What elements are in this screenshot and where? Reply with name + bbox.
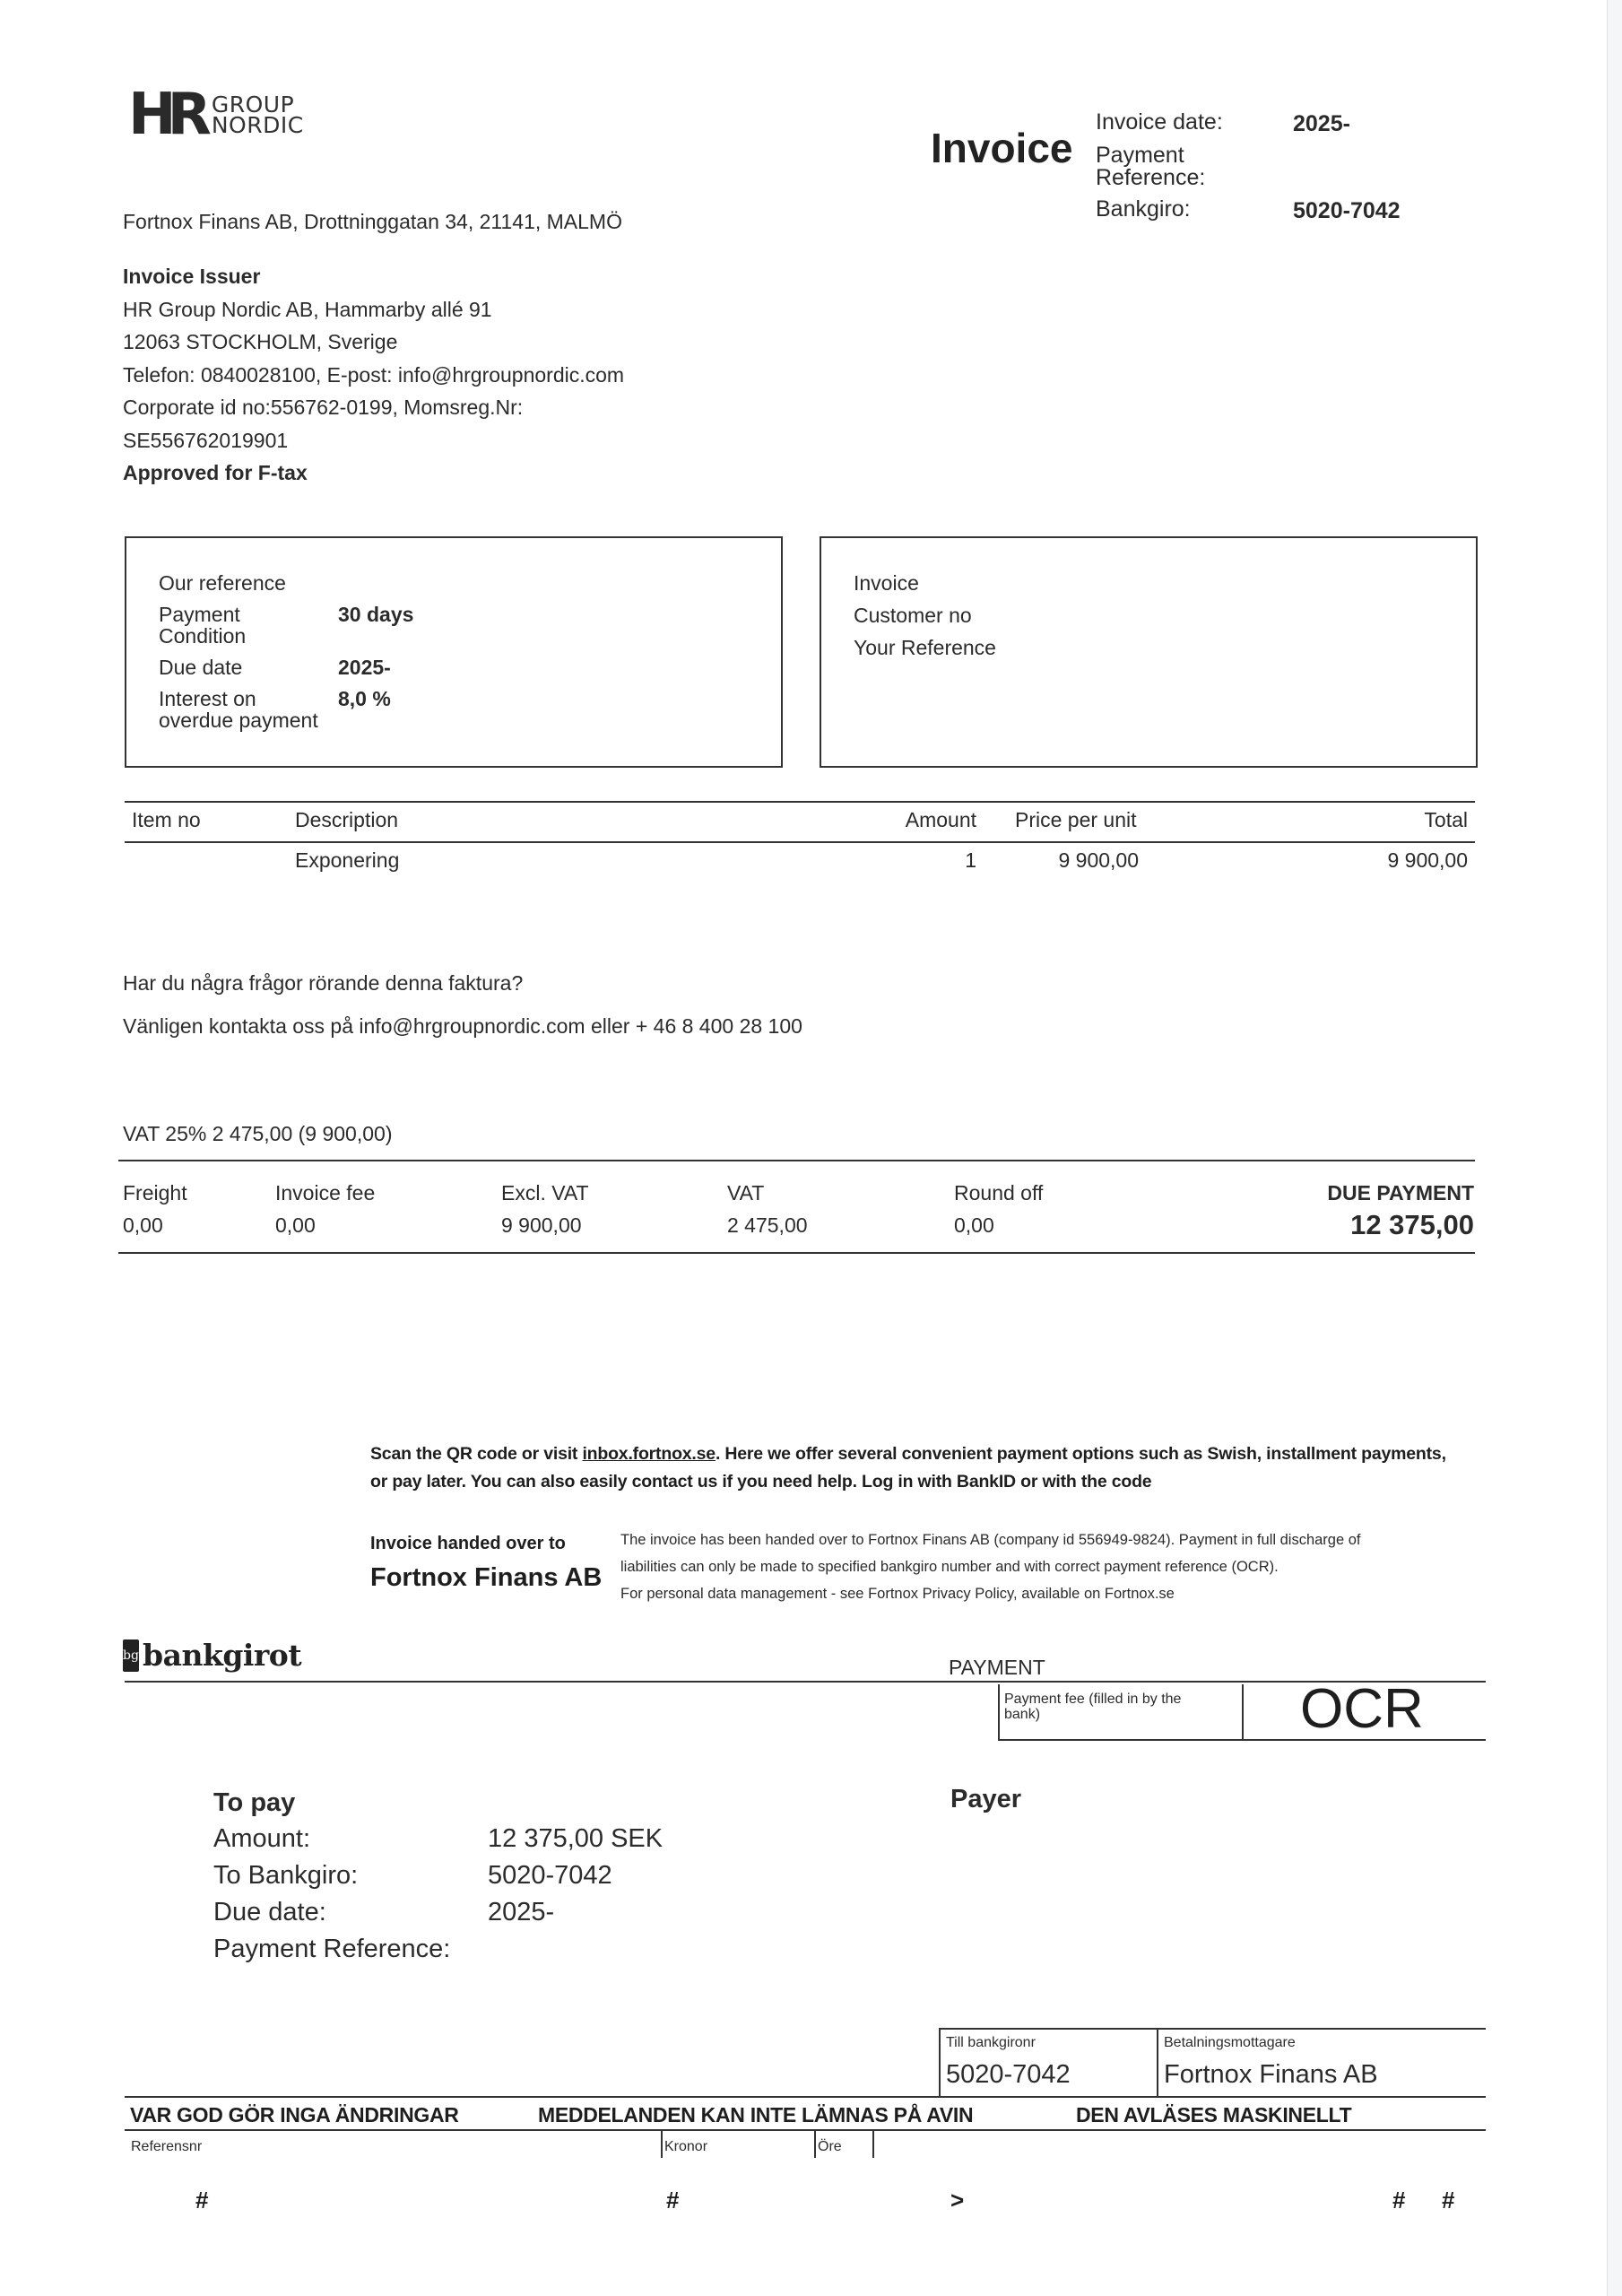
ocr-arrow: > [950, 2187, 964, 2214]
ocr-label: OCR [1300, 1677, 1424, 1741]
payment-condition-label: Payment Condition [159, 604, 338, 647]
invoice-date-value: 2025- [1293, 111, 1350, 137]
ftax-approval: Approved for F-tax [123, 457, 624, 490]
your-reference-label: Your Reference [854, 637, 996, 658]
to-pay-amount: 12 375,00 SEK [488, 1821, 663, 1857]
warning-machine-read: DEN AVLÄSES MASKINELLT [1076, 2103, 1351, 2127]
ore-end-divider [872, 2129, 874, 2158]
questions-line: Har du några frågor rörande denna faktur… [123, 971, 523, 996]
warning-bottom-rule [125, 2129, 1486, 2131]
referensnr-label: Referensnr [131, 2139, 202, 2155]
item-price: 9 900,00 [1058, 848, 1139, 873]
vat-summary: VAT 25% 2 475,00 (9 900,00) [123, 1122, 392, 1146]
warning-no-messages: MEDDELANDEN KAN INTE LÄMNAS PÅ AVIN [538, 2103, 973, 2127]
excl-vat: Excl. VAT9 900,00 [501, 1177, 589, 1241]
due-payment: DUE PAYMENT12 375,00 [1327, 1177, 1474, 1241]
contact-line: Vänligen kontakta oss på info@hrgroupnor… [123, 1014, 802, 1039]
totals-bottom-rule [118, 1252, 1475, 1254]
col-total: Total [1424, 808, 1468, 832]
item-total: 9 900,00 [1387, 848, 1468, 873]
payment-fee-box: Payment fee (filled in by the bank) [998, 1684, 1244, 1740]
fee-bottom-rule [998, 1739, 1486, 1741]
interest-value: 8,0 % [338, 688, 391, 731]
col-amount: Amount [906, 808, 976, 832]
payer-heading: Payer [950, 1785, 1021, 1814]
logo-line-2: NORDIC [212, 115, 304, 135]
issuer-line: SE556762019901 [123, 424, 624, 457]
issuer-line: HR Group Nordic AB, Hammarby allé 91 [123, 293, 624, 326]
table-header-rule [125, 841, 1475, 843]
to-pay-bankgiro: 5020-7042 [488, 1857, 612, 1894]
issuer-heading: Invoice Issuer [123, 260, 624, 293]
table-top-rule [125, 801, 1475, 803]
terms-box: Our reference Payment Condition 30 days … [125, 536, 783, 768]
to-pay-due-date: 2025- [488, 1894, 554, 1931]
logo-mark: HR [128, 86, 203, 143]
kronor-label: Kronor [664, 2139, 707, 2155]
kronor-divider [661, 2129, 663, 2158]
handed-over-name: Fortnox Finans AB [370, 1563, 602, 1593]
col-item-no: Item no [132, 808, 201, 832]
to-pay-block: To pay Amount:12 375,00 SEK To Bankgiro:… [213, 1785, 663, 1968]
issuer-line: Corporate id no:556762-0199, Momsreg.Nr: [123, 391, 624, 424]
due-date-value: 2025- [338, 657, 391, 678]
giro-top-rule [125, 1681, 1486, 1683]
invoice-date-label: Invoice date: [1096, 111, 1293, 137]
interest-label: Interest on overdue payment [159, 688, 338, 731]
company-logo: HR GROUP NORDIC [128, 88, 304, 142]
freight: Freight0,00 [123, 1177, 187, 1241]
warning-no-changes: VAR GOD GÖR INGA ÄNDRINGAR [130, 2103, 459, 2127]
totals-top-rule [118, 1160, 1475, 1161]
recipient-field: Betalningsmottagare Fortnox Finans AB [1157, 2030, 1488, 2096]
bankgirot-mark-icon: bg [123, 1639, 139, 1672]
handed-over-label: Invoice handed over to [370, 1534, 566, 1554]
item-amount: 1 [965, 848, 976, 873]
bankgirot-logo: bg bankgirot [123, 1638, 301, 1673]
payment-label: PAYMENT [949, 1656, 1045, 1680]
invoice-number-label: Invoice [854, 572, 996, 594]
round-off: Round off0,00 [954, 1177, 1043, 1241]
vat: VAT2 475,00 [727, 1177, 808, 1241]
due-date-label: Due date [159, 657, 338, 678]
bankgiro-label: Bankgiro: [1096, 198, 1293, 224]
payment-fee-label: Payment fee (filled in by the bank) [1004, 1692, 1210, 1722]
item-description: Exponering [295, 848, 399, 873]
payment-reference-label: Payment Reference: [1096, 144, 1293, 189]
bankgiro-value: 5020-7042 [1293, 198, 1401, 224]
ocr-hash: # [1442, 2187, 1454, 2214]
sender-address: Fortnox Finans AB, Drottninggatan 34, 21… [123, 210, 622, 234]
col-description: Description [295, 808, 398, 832]
fortnox-inbox-link[interactable]: inbox.fortnox.se [582, 1444, 715, 1464]
customer-box: Invoice Customer no Your Reference [820, 536, 1478, 768]
payment-condition-value: 30 days [338, 604, 413, 647]
fortnox-instructions: Scan the QR code or visit inbox.fortnox.… [370, 1440, 1446, 1496]
warning-top-rule [125, 2096, 1486, 2098]
handed-over-note: The invoice has been handed over to Fort… [620, 1526, 1445, 1607]
col-price-per-unit: Price per unit [1015, 808, 1137, 832]
invoice-issuer: Invoice Issuer HR Group Nordic AB, Hamma… [123, 260, 624, 490]
ocr-hash: # [1392, 2187, 1405, 2214]
ocr-hash: # [195, 2187, 208, 2214]
ore-label: Öre [818, 2139, 842, 2155]
ore-divider [814, 2129, 816, 2158]
ocr-hash: # [666, 2187, 679, 2214]
invoice-fee: Invoice fee0,00 [275, 1177, 375, 1241]
till-bankgironr-field: Till bankgironr 5020-7042 [939, 2030, 1156, 2096]
issuer-line: Telefon: 0840028100, E-post: info@hrgrou… [123, 359, 624, 392]
customer-no-label: Customer no [854, 604, 996, 626]
invoice-meta: Invoice date: 2025- Payment Reference: B… [1096, 111, 1401, 224]
to-pay-heading: To pay [213, 1785, 663, 1821]
our-reference-label: Our reference [159, 572, 338, 594]
scan-edge [1607, 0, 1622, 2296]
invoice-title: Invoice [931, 124, 1073, 172]
issuer-line: 12063 STOCKHOLM, Sverige [123, 326, 624, 359]
bankgirot-wordmark: bankgirot [143, 1638, 301, 1673]
